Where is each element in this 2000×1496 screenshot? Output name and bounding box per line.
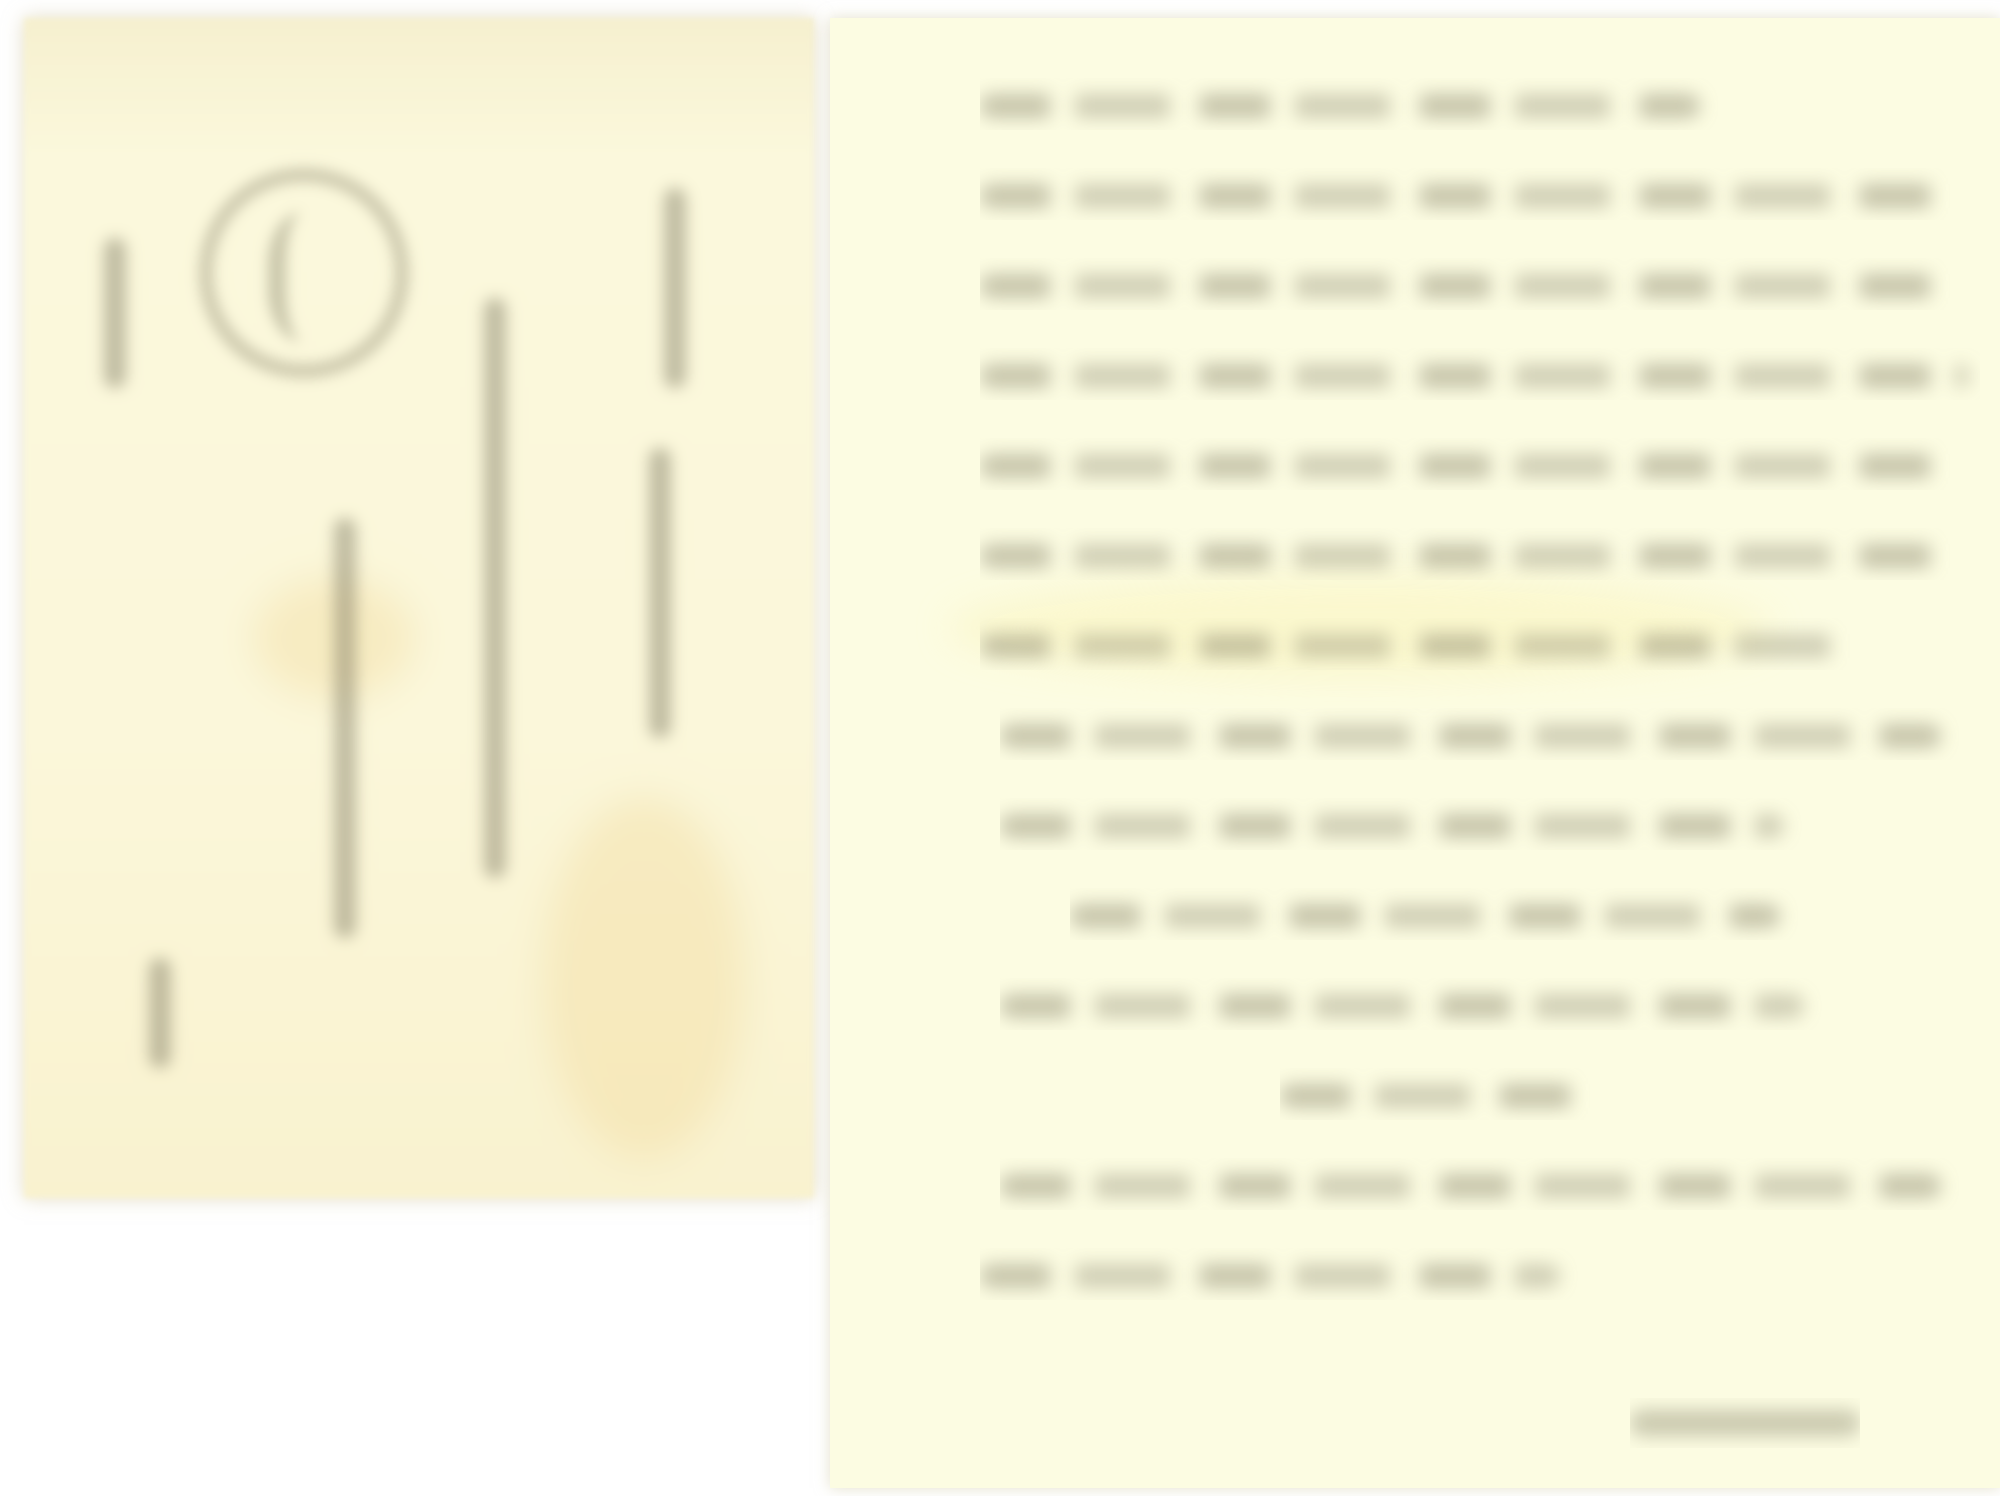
address-line: [104, 238, 126, 388]
letter-line: [illegible handwriting]: [980, 258, 1980, 310]
letter-line: [illegible handwriting]: [1000, 708, 1980, 760]
address-line: [649, 448, 671, 738]
letter-line: [illegible handwriting]: [980, 168, 1980, 220]
address-line: [664, 188, 686, 388]
postmark-mark: [268, 212, 356, 342]
letter-line: [illegible handwriting]: [1280, 1068, 1980, 1120]
letter-signature: [illegible signature]: [1630, 1398, 1860, 1448]
letter-body: [illegible handwriting] [illegible handw…: [980, 78, 1980, 1338]
letter-line: [illegible handwriting]: [980, 438, 1980, 490]
letter-line: [illegible handwriting]: [1000, 798, 1980, 850]
letter-line: [illegible handwriting]: [1000, 1158, 1980, 1210]
postmark-stamp: [199, 168, 409, 378]
letter-line: [illegible handwriting]: [980, 618, 1980, 670]
paper-stain: [544, 798, 744, 1158]
postcard-front: [24, 18, 814, 1198]
letter-line: [illegible handwriting]: [980, 1248, 1980, 1300]
letter-line: [illegible handwriting]: [980, 348, 1980, 400]
letter-line: [illegible handwriting]: [980, 528, 1980, 580]
letter-line: [illegible handwriting]: [1070, 888, 1980, 940]
letter-line: [illegible handwriting]: [1000, 978, 1980, 1030]
address-line: [334, 518, 356, 938]
letter-line: [illegible handwriting]: [980, 78, 1980, 130]
address-line: [484, 298, 506, 878]
address-line: [149, 958, 171, 1068]
letter-page: [illegible handwriting] [illegible handw…: [830, 18, 2000, 1488]
